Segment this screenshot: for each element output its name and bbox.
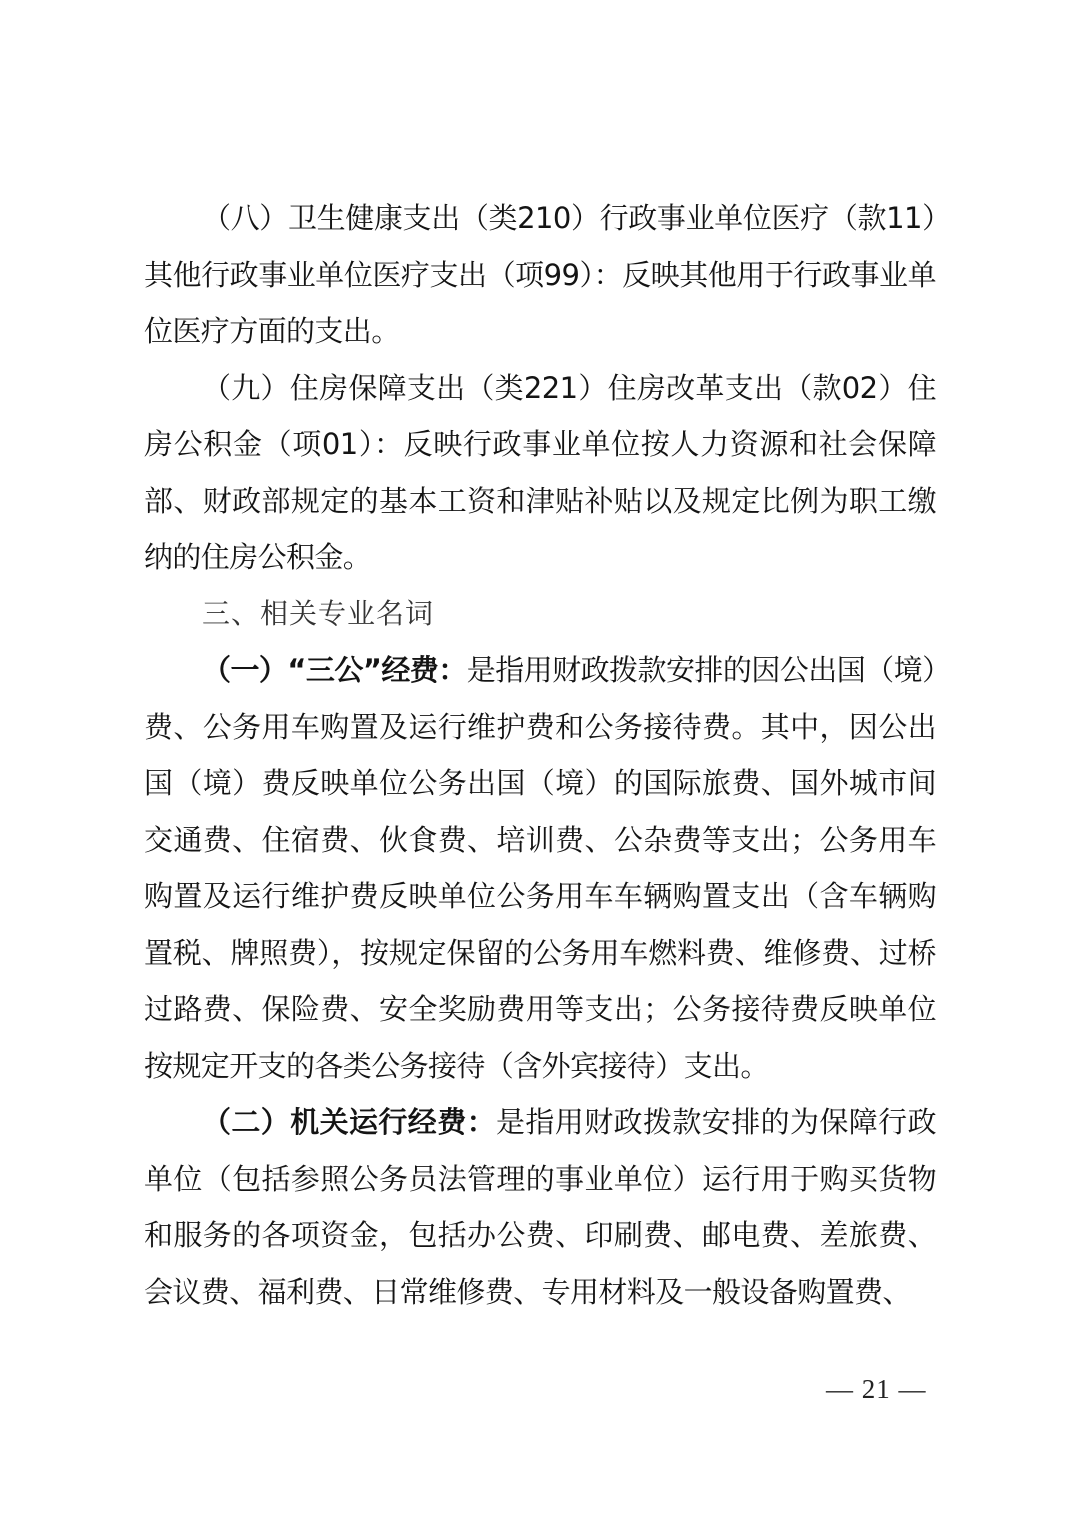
- term-paragraph-agency-operating-expenses: （二）机关运行经费：是指用财政拨款安排的为保障行政单位（包括参照公务员法管理的事…: [144, 1094, 936, 1320]
- term-paragraph-three-public-expenses: （一）“三公”经费：是指用财政拨款安排的因公出国（境）费、公务用车购置及运行维护…: [144, 642, 936, 1094]
- paragraph-item-8: （八）卫生健康支出（类210）行政事业单位医疗（款11）其他行政事业单位医疗支出…: [144, 190, 936, 360]
- term-title: （一）“三公”经费：: [202, 653, 467, 687]
- term-definition: 是指用财政拨款安排的因公出国（境）费、公务用车购置及运行维护费和公务接待费。其中…: [144, 653, 936, 1083]
- page-number: — 21 —: [826, 1374, 927, 1405]
- term-title: （二）机关运行经费：: [202, 1105, 496, 1139]
- section-heading: 三、相关专业名词: [144, 586, 936, 643]
- paragraph-item-9: （九）住房保障支出（类221）住房改革支出（款02）住房公积金（项01）：反映行…: [144, 360, 936, 586]
- document-body: （八）卫生健康支出（类210）行政事业单位医疗（款11）其他行政事业单位医疗支出…: [144, 190, 936, 1320]
- document-page: （八）卫生健康支出（类210）行政事业单位医疗（款11）其他行政事业单位医疗支出…: [0, 0, 1074, 1520]
